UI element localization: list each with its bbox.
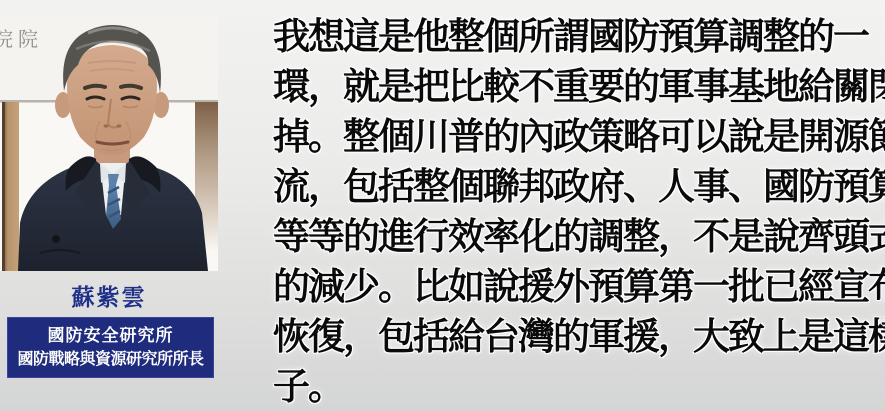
- affiliation-title: 國防戰略與資源研究所所長: [17, 348, 203, 372]
- subtitle-line: 掉。整個川普的內政策略可以說是開源節: [273, 112, 879, 162]
- subtitle-line: 流，包括整個聯邦政府、人事、國防預算: [273, 162, 879, 212]
- speaker-photo: 院院: [0, 15, 218, 271]
- subtitle-line: 的減少。比如說援外預算第一批已經宣布: [273, 262, 879, 312]
- subtitle-block: 我想這是他整個所謂國防預算調整的一 環，就是把比較不重要的軍事基地給關閉 掉。整…: [273, 12, 879, 411]
- portrait-illustration: [0, 15, 218, 271]
- affiliation-org: 國防安全研究所: [48, 324, 174, 348]
- subtitle-line: 子。: [273, 362, 879, 411]
- affiliation-badge: 國防安全研究所 國防戰略與資源研究所所長: [7, 317, 214, 378]
- subtitle-line: 環，就是把比較不重要的軍事基地給關閉: [273, 62, 879, 112]
- video-frame: 院院 蘇紫雲 國防安全研究所 國防戰略與資源研究所所長 我想這是他整個所謂國防預…: [0, 0, 885, 411]
- subtitle-line: 等等的進行效率化的調整，不是說齊頭式: [273, 212, 879, 262]
- subtitle-line: 我想這是他整個所謂國防預算調整的一: [273, 12, 879, 62]
- photo-watermark-text: 院院: [0, 23, 43, 52]
- speaker-name: 蘇紫雲: [0, 279, 218, 312]
- subtitle-line: 恢復，包括給台灣的軍援，大致上是這樣: [273, 312, 879, 362]
